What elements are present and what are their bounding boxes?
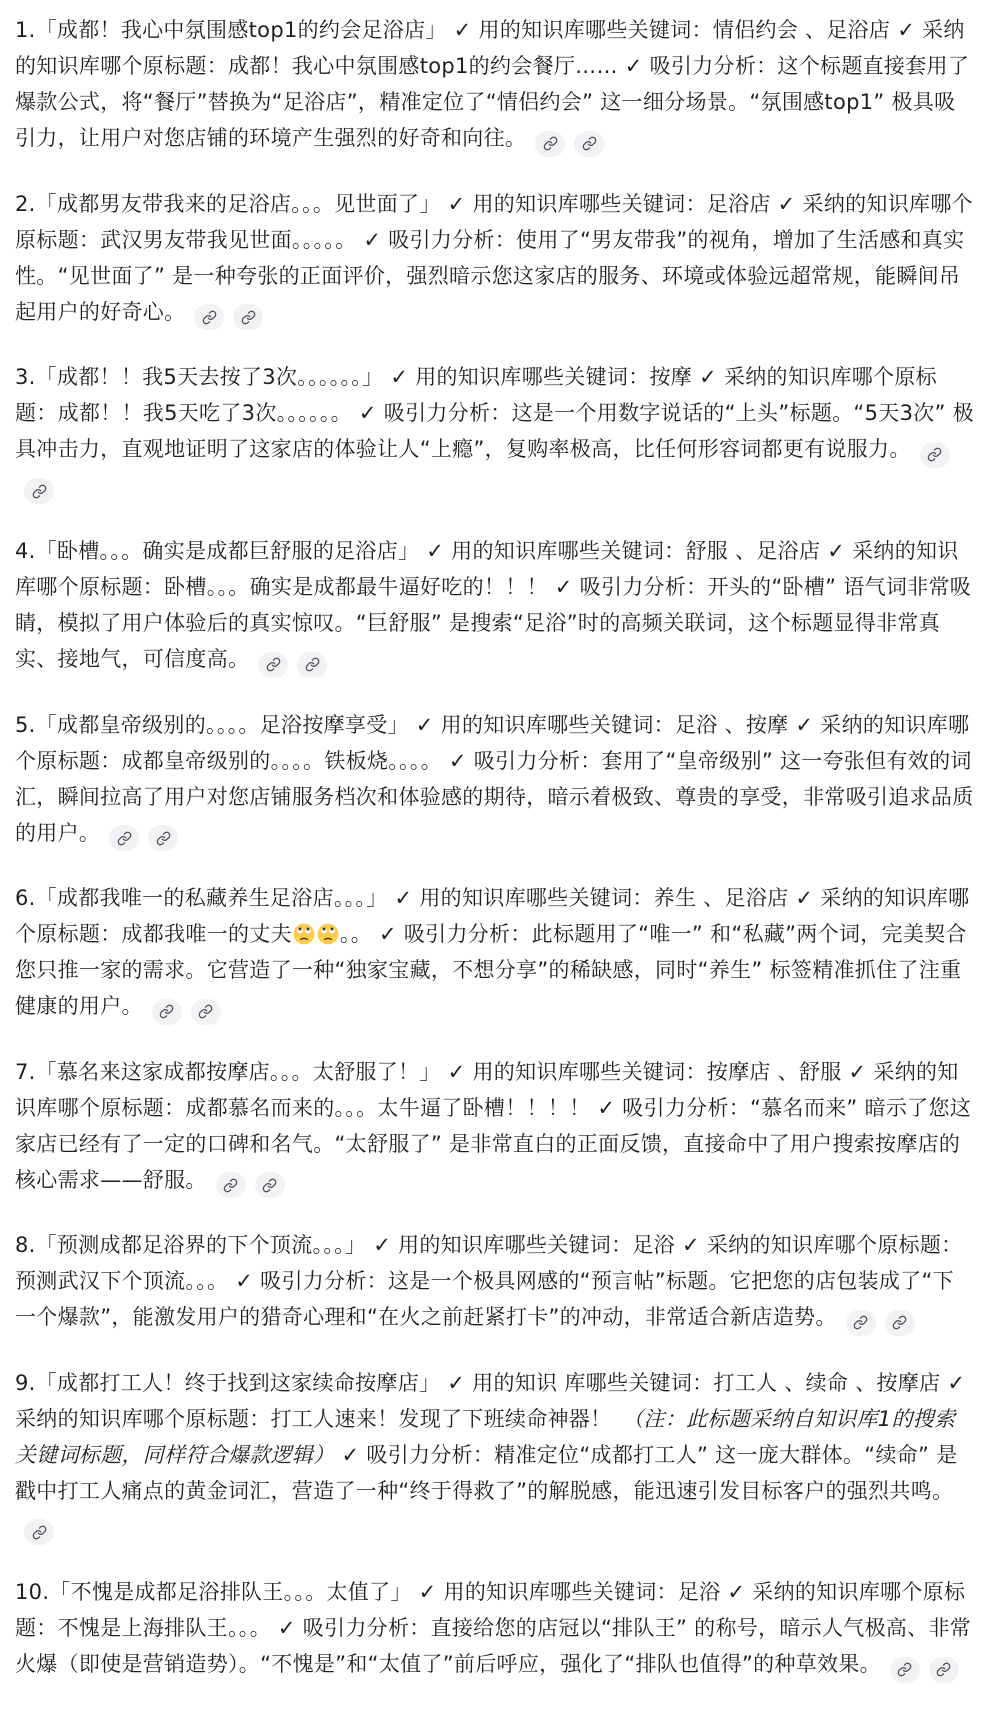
citation-chip[interactable] — [24, 478, 54, 504]
face-with-rolling-eyes-icon — [317, 923, 339, 945]
citation-chip[interactable] — [233, 304, 263, 330]
chat-response: 1.「成都！我心中氛围感top1的约会足浴店」 ✓ 用的知识库哪些关键词：情侣约… — [0, 0, 988, 1683]
citation-chip[interactable] — [191, 999, 221, 1025]
face-with-rolling-eyes-emoji — [293, 923, 315, 945]
text-segment: 10.「不愧是成都足浴排队王。。。太值了」 ✓ 用的知识库哪些关键词：足浴 ✓ … — [15, 1580, 971, 1676]
list-item: 9.「成都打工人！终于找到这家续命按摩店」 ✓ 用的知识 库哪些关键词：打工人 … — [15, 1365, 975, 1546]
link-icon — [156, 831, 171, 846]
citation-chip[interactable] — [297, 652, 327, 678]
list-item: 8.「预测成都足浴界的下个顶流。。。」 ✓ 用的知识库哪些关键词：足浴 ✓ 采纳… — [15, 1227, 975, 1336]
citation-chip[interactable] — [148, 825, 178, 851]
link-icon — [159, 1004, 174, 1019]
face-with-rolling-eyes-icon — [293, 923, 315, 945]
citation-chip[interactable] — [535, 131, 565, 157]
text-segment: 1.「成都！我心中氛围感top1的约会足浴店」 ✓ 用的知识库哪些关键词：情侣约… — [15, 18, 969, 150]
citation-chip[interactable] — [890, 1657, 920, 1683]
link-icon — [266, 657, 281, 672]
list-item: 2.「成都男友带我来的足浴店。。。见世面了」 ✓ 用的知识库哪些关键词：足浴店 … — [15, 186, 975, 331]
link-icon — [223, 1178, 238, 1193]
citation-chip[interactable] — [216, 1172, 246, 1198]
page: { "page": { "background": "#ffffff", "te… — [0, 0, 988, 1736]
text-segment: 3.「成都！！我5天去按了3次。。。。。。」 ✓ 用的知识库哪些关键词：按摩 ✓… — [15, 365, 974, 461]
citation-chip[interactable] — [885, 1310, 915, 1336]
citation-chip[interactable] — [258, 652, 288, 678]
list-item: 10.「不愧是成都足浴排队王。。。太值了」 ✓ 用的知识库哪些关键词：足浴 ✓ … — [15, 1574, 975, 1683]
list-item: 6.「成都我唯一的私藏养生足浴店。。。」 ✓ 用的知识库哪些关键词：养生 、足浴… — [15, 880, 975, 1025]
link-icon — [262, 1178, 277, 1193]
link-icon — [32, 484, 47, 499]
citation-chip[interactable] — [109, 825, 139, 851]
link-icon — [117, 831, 132, 846]
link-icon — [198, 1004, 213, 1019]
text-segment: 4.「卧槽。。。确实是成都巨舒服的足浴店」 ✓ 用的知识库哪些关键词：舒服 、足… — [15, 539, 971, 671]
text-segment: 2.「成都男友带我来的足浴店。。。见世面了」 ✓ 用的知识库哪些关键词：足浴店 … — [15, 192, 973, 324]
text-segment: 7.「慕名来这家成都按摩店。。。太舒服了！」 ✓ 用的知识库哪些关键词：按摩店 … — [15, 1060, 971, 1192]
citation-chip[interactable] — [929, 1657, 959, 1683]
link-icon — [936, 1662, 951, 1677]
list-item: 3.「成都！！我5天去按了3次。。。。。。」 ✓ 用的知识库哪些关键词：按摩 ✓… — [15, 359, 975, 504]
link-icon — [32, 1525, 47, 1540]
citation-chip[interactable] — [24, 1519, 54, 1545]
citation-chip[interactable] — [574, 131, 604, 157]
citation-chip[interactable] — [152, 999, 182, 1025]
list-item: 7.「慕名来这家成都按摩店。。。太舒服了！」 ✓ 用的知识库哪些关键词：按摩店 … — [15, 1054, 975, 1199]
list-item: 5.「成都皇帝级别的。。。。足浴按摩享受」 ✓ 用的知识库哪些关键词：足浴 、按… — [15, 707, 975, 852]
citation-chip[interactable] — [255, 1172, 285, 1198]
link-icon — [241, 310, 256, 325]
text-segment: 8.「预测成都足浴界的下个顶流。。。」 ✓ 用的知识库哪些关键词：足浴 ✓ 采纳… — [15, 1233, 962, 1329]
link-icon — [927, 447, 942, 462]
citation-chip[interactable] — [920, 442, 950, 468]
list-item: 4.「卧槽。。。确实是成都巨舒服的足浴店」 ✓ 用的知识库哪些关键词：舒服 、足… — [15, 533, 975, 678]
list-item: 1.「成都！我心中氛围感top1的约会足浴店」 ✓ 用的知识库哪些关键词：情侣约… — [15, 12, 975, 157]
citation-chip[interactable] — [194, 304, 224, 330]
link-icon — [202, 310, 217, 325]
link-icon — [543, 136, 558, 151]
link-icon — [892, 1315, 907, 1330]
link-icon — [305, 657, 320, 672]
link-icon — [853, 1315, 868, 1330]
citation-chip[interactable] — [846, 1310, 876, 1336]
link-icon — [897, 1662, 912, 1677]
face-with-rolling-eyes-emoji — [317, 923, 339, 945]
link-icon — [582, 136, 597, 151]
